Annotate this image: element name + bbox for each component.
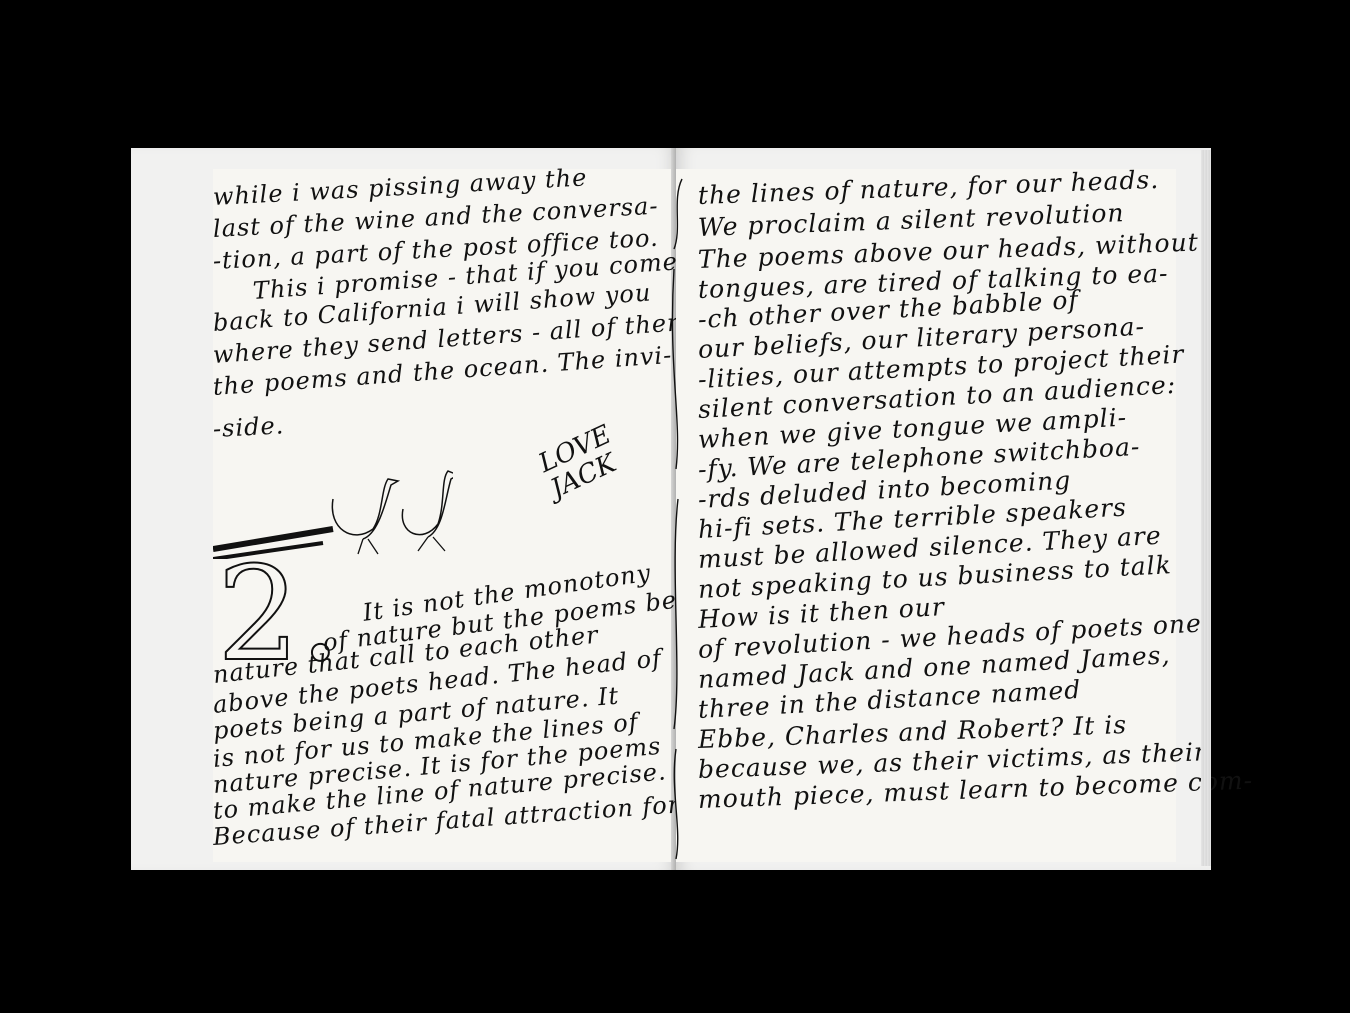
left-page: while i was pissing away the last of the… (131, 148, 676, 870)
manuscript-line: -side. (212, 411, 285, 443)
signature: LOVE JACK (535, 421, 627, 504)
page-edge-stack (1201, 150, 1211, 866)
open-book-spread: while i was pissing away the last of the… (131, 148, 1221, 870)
left-manuscript-scan: while i was pissing away the last of the… (213, 169, 671, 862)
margin-bracket-drawing (668, 169, 688, 862)
right-manuscript-scan: the lines of nature, for our heads. We p… (676, 169, 1176, 862)
right-page: the lines of nature, for our heads. We p… (676, 148, 1211, 870)
